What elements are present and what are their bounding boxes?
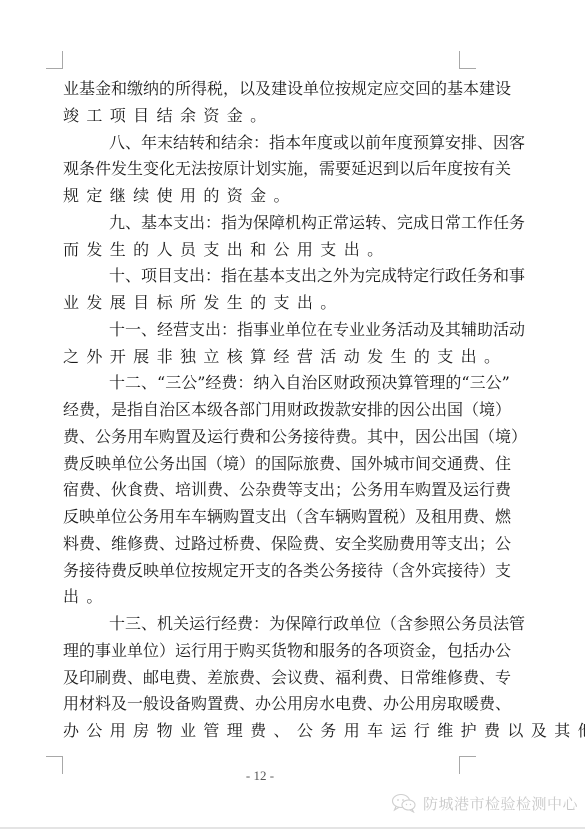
top-right-crop-mark: [459, 51, 476, 69]
text-line: 十三、机关运行经费：为保障行政单位（含参照公务员法管: [63, 611, 461, 638]
wechat-chat-bubble-icon: [391, 793, 417, 813]
text-line: 之外开展非独立核算经营活动发生的支出。: [63, 344, 461, 371]
text-line: 宿费、伙食费、培训费、公杂费等支出；公务用车购置及运行费: [63, 477, 461, 504]
text-line: 及印刷费、邮电费、差旅费、会议费、福利费、日常维修费、专: [63, 665, 461, 692]
paragraph-p13-agency-operating-funds: 十三、机关运行经费：为保障行政单位（含参照公务员法管理的事业单位）运行用于购买货…: [63, 611, 461, 745]
paragraph-p0-continuation: 业基金和缴纳的所得税，以及建设单位按规定应交回的基本建设竣工项目结余资金。: [63, 76, 461, 130]
text-line: 料费、维修费、过路过桥费、保险费、安全奖励费用等支出；公: [63, 531, 461, 558]
watermark-text: 防城港市检验检测中心: [423, 793, 578, 814]
paragraph-p9-basic-expenditure: 九、基本支出：指为保障机构正常运转、完成日常工作任务而发生的人员支出和公用支出。: [63, 210, 461, 264]
watermark: 防城港市检验检测中心: [391, 791, 578, 815]
text-line: 办公用房物业管理费、公务用车运行维护费以及其他费用。: [63, 718, 461, 745]
text-line: 竣工项目结余资金。: [63, 103, 461, 130]
text-line: 八、年末结转和结余：指本年度或以前年度预算安排、因客: [63, 130, 461, 157]
text-line: 业基金和缴纳的所得税，以及建设单位按规定应交回的基本建设: [63, 76, 461, 103]
paragraph-p12-three-public-expenses: 十二、“三公”经费：纳入自治区财政预决算管理的“三公”经费，是指自治区本级各部门…: [63, 370, 461, 611]
text-line: 规定继续使用的资金。: [63, 183, 461, 210]
text-line: 出。: [63, 584, 461, 611]
text-line: 用材料及一般设备购置费、办公用房水电费、办公用房取暖费、: [63, 691, 461, 718]
page-number: - 12 -: [0, 768, 520, 784]
text-line: 十一、经营支出：指事业单位在专业业务活动及其辅助活动: [63, 317, 461, 344]
top-left-crop-mark: [46, 51, 63, 69]
text-line: 十二、“三公”经费：纳入自治区财政预决算管理的“三公”: [63, 370, 461, 397]
text-line: 十、项目支出：指在基本支出之外为完成特定行政任务和事: [63, 263, 461, 290]
text-line: 反映单位公务用车车辆购置支出（含车辆购置税）及租用费、燃: [63, 504, 461, 531]
text-line: 理的事业单位）运行用于购买货物和服务的各项资金，包括办公: [63, 638, 461, 665]
paragraph-p11-operating-expenditure: 十一、经营支出：指事业单位在专业业务活动及其辅助活动之外开展非独立核算经营活动发…: [63, 317, 461, 371]
text-line: 费、公务用车购置及运行费和公务接待费。其中，因公出国（境）: [63, 424, 461, 451]
text-line: 务接待费反映单位按规定开支的各类公务接待（含外宾接待）支: [63, 558, 461, 585]
document-body: 业基金和缴纳的所得税，以及建设单位按规定应交回的基本建设竣工项目结余资金。八、年…: [63, 76, 461, 745]
document-page: 业基金和缴纳的所得税，以及建设单位按规定应交回的基本建设竣工项目结余资金。八、年…: [0, 0, 585, 829]
text-line: 经费，是指自治区本级各部门用财政拨款安排的因公出国（境）: [63, 397, 461, 424]
text-line: 九、基本支出：指为保障机构正常运转、完成日常工作任务: [63, 210, 461, 237]
text-line: 费反映单位公务出国（境）的国际旅费、国外城市间交通费、住: [63, 451, 461, 478]
paragraph-p10-project-expenditure: 十、项目支出：指在基本支出之外为完成特定行政任务和事业发展目标所发生的支出。: [63, 263, 461, 317]
text-line: 而发生的人员支出和公用支出。: [63, 237, 461, 264]
text-line: 业发展目标所发生的支出。: [63, 290, 461, 317]
paragraph-p8-year-end-carryover: 八、年末结转和结余：指本年度或以前年度预算安排、因客观条件发生变化无法按原计划实…: [63, 130, 461, 210]
text-line: 观条件发生变化无法按原计划实施，需要延迟到以后年度按有关: [63, 156, 461, 183]
